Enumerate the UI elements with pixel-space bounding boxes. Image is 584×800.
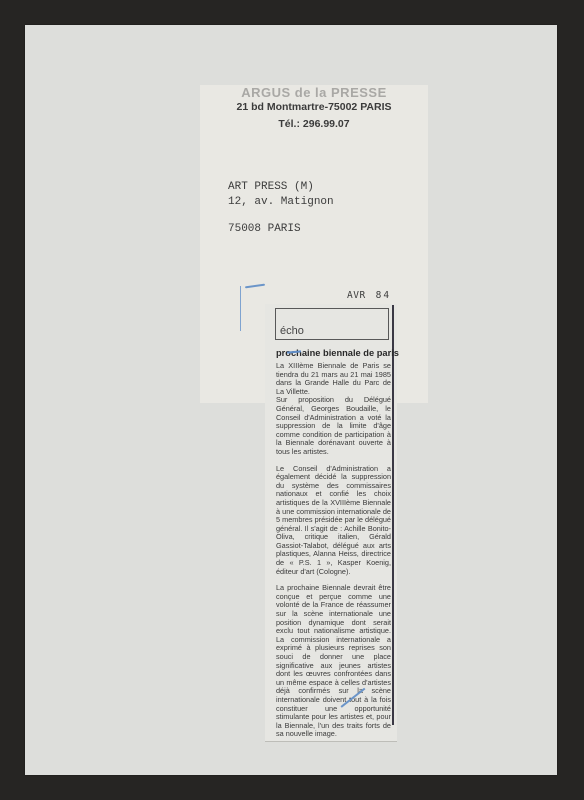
article-paragraph: Sur proposition du Délégué Général, Geor… — [276, 396, 391, 456]
agency-address: 21 bd Montmartre-75002 PARIS — [200, 101, 428, 114]
date-year: 84 — [376, 290, 391, 301]
blue-pen-mark — [240, 286, 241, 331]
date-month: AVR — [347, 290, 366, 301]
column-rule — [392, 305, 394, 725]
agency-stamp: ARGUS de la PRESSE 21 bd Montmartre-7500… — [200, 85, 428, 131]
agency-name: ARGUS de la PRESSE — [200, 86, 428, 100]
addressee-city: 75008 PARIS — [228, 222, 334, 237]
date-stamp: AVR84 — [347, 290, 391, 301]
article-paragraph: Le Conseil d'Administration a également … — [276, 465, 391, 577]
article-headline: prochaine biennale de paris — [276, 348, 399, 358]
article-paragraph: La prochaine Biennale devrait être conçu… — [276, 584, 391, 739]
newspaper-clipping: écho prochaine biennale de paris La XIII… — [265, 304, 397, 741]
section-box: écho — [275, 308, 389, 340]
section-label: écho — [280, 325, 304, 337]
archive-sheet: ARGUS de la PRESSE 21 bd Montmartre-7500… — [25, 25, 557, 775]
article-paragraph: La XIIIème Biennale de Paris se tiendra … — [276, 362, 391, 396]
addressee-street: 12, av. Matignon — [228, 195, 334, 210]
article-body: La XIIIème Biennale de Paris se tiendra … — [276, 362, 391, 739]
addressee-name: ART PRESS (M) — [228, 180, 334, 195]
addressee-block: ART PRESS (M) 12, av. Matignon 75008 PAR… — [228, 180, 334, 237]
agency-phone: Tél.: 296.99.07 — [200, 118, 428, 131]
